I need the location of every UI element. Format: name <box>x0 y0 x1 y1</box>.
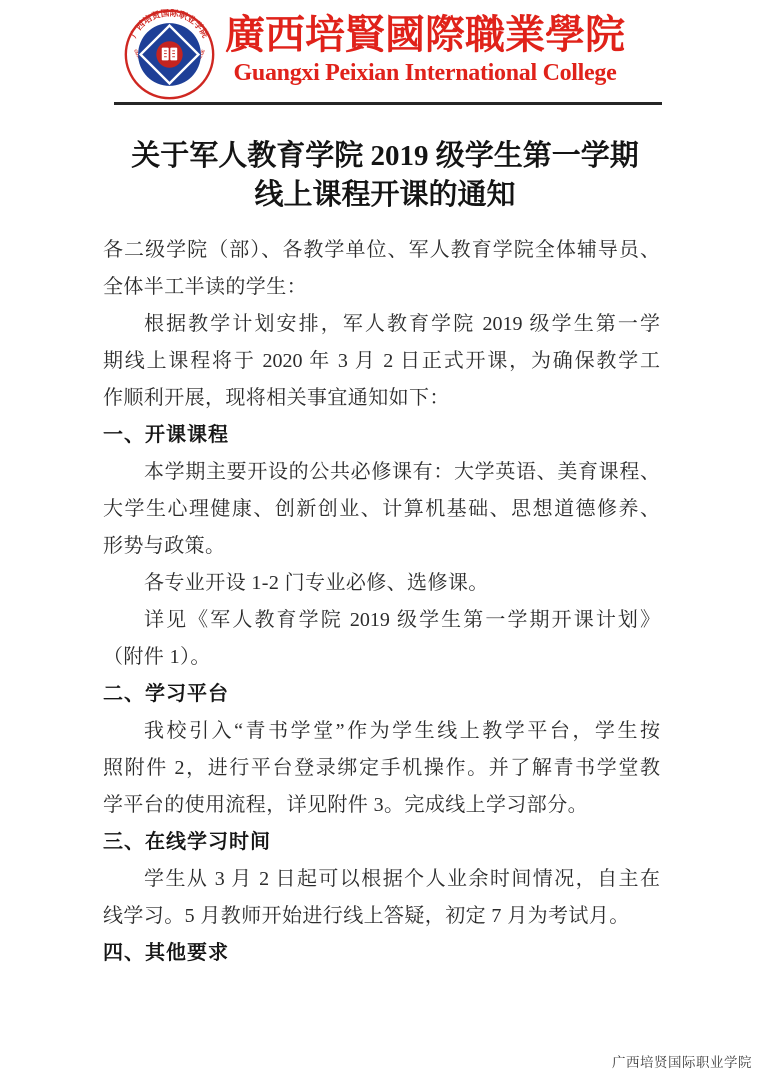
college-seal-logo: 广西培贤国际职业学院 GUANGXI PEIXIAN INTERNATIONAL… <box>124 9 215 100</box>
notice-document-page: 广西培贤国际职业学院 GUANGXI PEIXIAN INTERNATIONAL… <box>0 0 764 1080</box>
body-line: 我校引入“青书学堂”作为学生线上教学平台，学生按 <box>103 713 660 750</box>
section-heading-1: 一、开课课程 <box>103 417 660 454</box>
body-line: 根据教学计划安排，军人教育学院 2019 级学生第一学 <box>103 306 660 343</box>
notice-body: 各二级学院（部）、各教学单位、军人教育学院全体辅导员、 全体半工半读的学生： 根… <box>103 232 660 972</box>
section-heading-2: 二、学习平台 <box>103 676 660 713</box>
body-line: 学生从 3 月 2 日起可以根据个人业余时间情况，自主在 <box>103 861 660 898</box>
college-seal-icon: 广西培贤国际职业学院 GUANGXI PEIXIAN INTERNATIONAL… <box>124 9 215 100</box>
notice-title-line1: 关于军人教育学院 2019 级学生第一学期 <box>60 137 710 176</box>
body-line: 各专业开设 1-2 门专业必修、选修课。 <box>103 565 660 602</box>
body-line: 详见《军人教育学院 2019 级学生第一学期开课计划》 <box>103 602 660 639</box>
body-line: 各二级学院（部）、各教学单位、军人教育学院全体辅导员、 <box>103 232 660 269</box>
body-line: 照附件 2，进行平台登录绑定手机操作。并了解青书学堂教 <box>103 750 660 787</box>
body-line: 作顺利开展，现将相关事宜通知如下： <box>103 380 660 417</box>
body-line: 本学期主要开设的公共必修课有：大学英语、美育课程、 <box>103 454 660 491</box>
college-name-chinese: 廣西培賢國際職業學院 <box>221 10 629 60</box>
footer-college-name: 广西培贤国际职业学院 <box>612 1051 752 1071</box>
header-divider-line <box>114 102 662 105</box>
college-brand: 廣西培賢國際職業學院 Guangxi Peixian International… <box>221 10 629 87</box>
notice-title-line2: 线上课程开课的通知 <box>60 176 710 215</box>
body-line: 全体半工半读的学生： <box>103 269 660 306</box>
body-line: 期线上课程将于 2020 年 3 月 2 日正式开课，为确保教学工 <box>103 343 660 380</box>
body-line: 线学习。5 月教师开始进行线上答疑，初定 7 月为考试月。 <box>103 898 660 935</box>
college-name-english: Guangxi Peixian International College <box>221 60 629 87</box>
notice-title: 关于军人教育学院 2019 级学生第一学期 线上课程开课的通知 <box>60 137 710 215</box>
section-heading-3: 三、在线学习时间 <box>103 824 660 861</box>
body-line: 大学生心理健康、创新创业、计算机基础、思想道德修养、 <box>103 491 660 528</box>
body-line: 形势与政策。 <box>103 528 660 565</box>
body-line: 学平台的使用流程，详见附件 3。完成线上学习部分。 <box>103 787 660 824</box>
section-heading-4: 四、其他要求 <box>103 935 660 972</box>
body-line: （附件 1）。 <box>103 639 660 676</box>
